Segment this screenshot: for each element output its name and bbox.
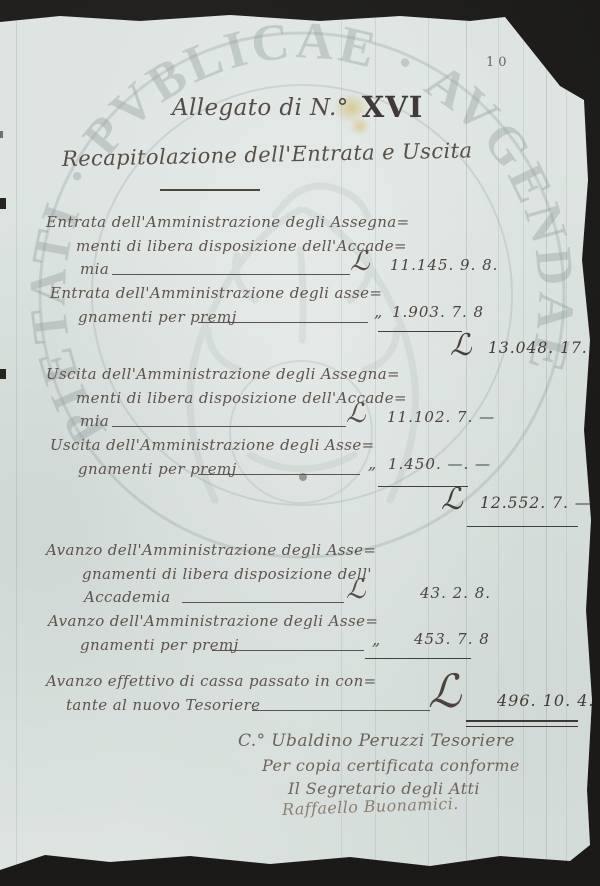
entry-line: gnamenti di libera disposizione dell' [82,565,372,583]
sum-line [365,658,471,659]
entry-line: mia [80,260,109,278]
fold-crease [16,20,17,868]
entry-amount: 43. 2. 8. [420,584,491,602]
entry-amount: 11.145. 9. 8. [390,256,498,274]
account-rule-line [198,322,368,323]
entry-line: Avanzo dell'Amministrazione degli Asse= [48,612,378,630]
account-rule-line [112,274,350,275]
carry-line [467,526,578,527]
attachment-title: Allegato di N.° XVI [172,90,423,124]
entry-amount: 1.903. 7. 8 [392,303,484,321]
entry-amount: 11.102. 7. — [387,408,495,426]
section-heading: Recapitolazione dell'Entrata e Uscita [62,138,473,171]
ditto-mark: „ [374,302,382,321]
stitch-mark [0,131,3,138]
entry-line: tante al nuovo Tesoriere [66,696,260,714]
scan-background: PIETATI · PVBLICAE · AVGENDAE 10 Allegat… [0,0,600,886]
entry-line: Entrata dell'Amministrazione degli Asseg… [46,213,410,231]
currency-symbol-lira: ℒ [428,664,461,718]
stitch-mark [0,198,6,209]
signature-line-certification: Per copia certificata conforme [262,756,520,775]
entry-line: Uscita dell'Amministrazione degli Asse= [50,436,375,454]
document-page: PIETATI · PVBLICAE · AVGENDAE 10 Allegat… [0,0,600,886]
entry-line: mia [80,412,109,430]
total-amount: 12.552. 7. — [480,494,591,512]
total-amount: 13.048. 17. 4. [488,339,600,357]
account-rule-line [252,710,430,711]
page-number: 10 [486,55,511,70]
heading-underline [160,189,260,191]
double-sum-line [466,720,578,727]
account-rule-line [198,474,360,475]
entry-amount: 496. 10. 4. [497,691,595,710]
ditto-mark: „ [372,630,380,649]
entry-line: gnamenti per premj [80,636,239,654]
column-rule [523,18,524,868]
entry-line: Avanzo dell'Amministrazione degli Asse= [46,541,376,559]
account-rule-line [112,426,346,427]
signature-line-treasurer: C.° Ubaldino Peruzzi Tesoriere [238,731,515,751]
entry-line: gnamenti per premj [78,460,237,478]
account-rule-line [212,650,364,651]
stitch-mark [0,369,6,379]
entry-line: gnamenti per premj [78,308,237,326]
currency-symbol-lira: ℒ [350,246,369,277]
currency-symbol-lira: ℒ [346,398,365,429]
currency-symbol-lira: ℒ [346,574,365,605]
attachment-title-numeral: XVI [362,90,424,124]
entry-line: Uscita dell'Amministrazione degli Assegn… [46,365,400,383]
account-rule-line [182,602,344,603]
entry-line: Entrata dell'Amministrazione degli asse= [50,284,382,302]
column-rule [566,18,567,868]
attachment-title-script: Allegato di N.° [172,95,349,121]
entry-amount: 453. 7. 8 [414,630,490,648]
currency-symbol-lira: ℒ [441,482,463,517]
ditto-mark: „ [368,454,376,473]
entry-line: Accademia [84,588,171,606]
entry-amount: 1.450. —. — [388,455,491,473]
currency-symbol-lira: ℒ [450,328,472,363]
entry-line: Avanzo effettivo di cassa passato in con… [46,672,377,690]
column-rule [546,18,547,868]
